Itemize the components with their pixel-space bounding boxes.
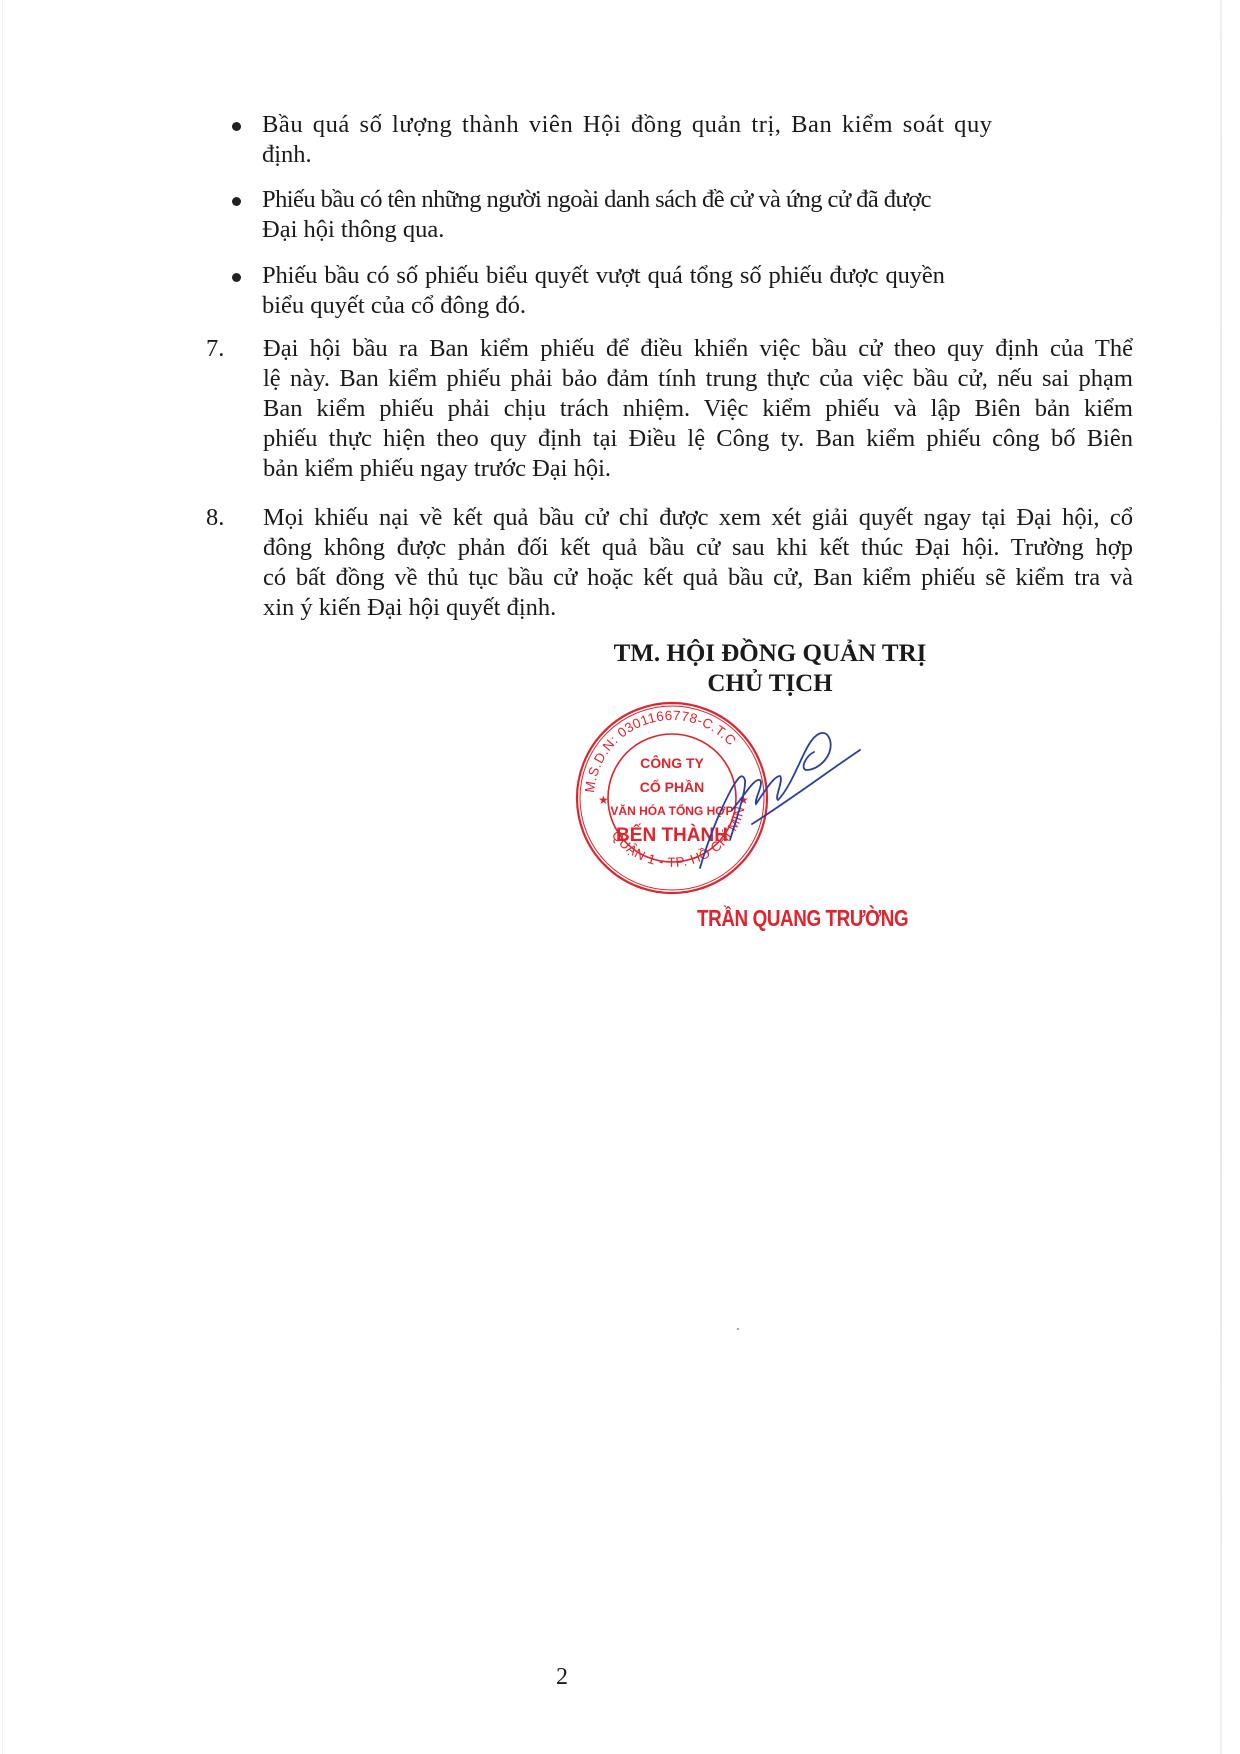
page-number: 2 — [556, 1664, 568, 1691]
item-line: xin ý kiến Đại hội quyết định. — [263, 593, 1133, 623]
scan-edge-left — [2, 0, 3, 1754]
item-line: đông không được phản đối kết quả bầu cử … — [263, 533, 1133, 563]
bullet-dot-icon — [232, 273, 241, 282]
svg-text:★: ★ — [598, 793, 609, 807]
item-number: 7. — [206, 334, 224, 364]
bullet-line: Bầu quá số lượng thành viên Hội đồng quả… — [262, 110, 1052, 140]
bullet-item: Phiếu bầu có tên những người ngoài danh … — [262, 185, 1052, 245]
signer-name: TRẦN QUANG TRƯỜNG — [697, 905, 908, 932]
bullet-dot-icon — [232, 197, 241, 206]
scan-speck — [737, 1328, 739, 1330]
bullet-line: định. — [262, 140, 1052, 170]
item-body: Mọi khiếu nại về kết quả bầu cử chỉ được… — [263, 503, 1133, 623]
item-line: có bất đồng về thủ tục bầu cử hoặc kết q… — [263, 563, 1133, 593]
signature-title: CHỦ TỊCH — [560, 670, 980, 698]
item-line: Đại hội bầu ra Ban kiểm phiếu để điều kh… — [263, 334, 1133, 364]
item-line: lệ này. Ban kiểm phiếu phải bảo đảm tính… — [263, 364, 1133, 394]
bullet-line: Đại hội thông qua. — [262, 215, 1052, 245]
item-body: Đại hội bầu ra Ban kiểm phiếu để điều kh… — [263, 334, 1133, 484]
signature-on-behalf: TM. HỘI ĐỒNG QUẢN TRỊ — [560, 640, 980, 668]
item-line: Ban kiểm phiếu phải chịu trách nhiệm. Vi… — [263, 394, 1133, 424]
item-line: Mọi khiếu nại về kết quả bầu cử chỉ được… — [263, 503, 1133, 533]
item-line: phiếu thực hiện theo quy định tại Điều l… — [263, 424, 1133, 454]
bullet-item: Bầu quá số lượng thành viên Hội đồng quả… — [262, 110, 1052, 170]
document-page: Bầu quá số lượng thành viên Hội đồng quả… — [0, 0, 1240, 1754]
scan-edge-right — [1220, 0, 1222, 1754]
bullet-line: biểu quyết của cổ đông đó. — [262, 291, 1052, 321]
item-line: bản kiểm phiếu ngay trước Đại hội. — [263, 454, 1133, 484]
handwritten-signature-icon — [650, 700, 890, 900]
item-number: 8. — [206, 503, 224, 533]
bullet-line: Phiếu bầu có tên những người ngoài danh … — [262, 185, 1052, 215]
bullet-item: Phiếu bầu có số phiếu biểu quyết vượt qu… — [262, 261, 1052, 321]
bullet-line: Phiếu bầu có số phiếu biểu quyết vượt qu… — [262, 261, 1052, 291]
bullet-dot-icon — [232, 122, 241, 131]
